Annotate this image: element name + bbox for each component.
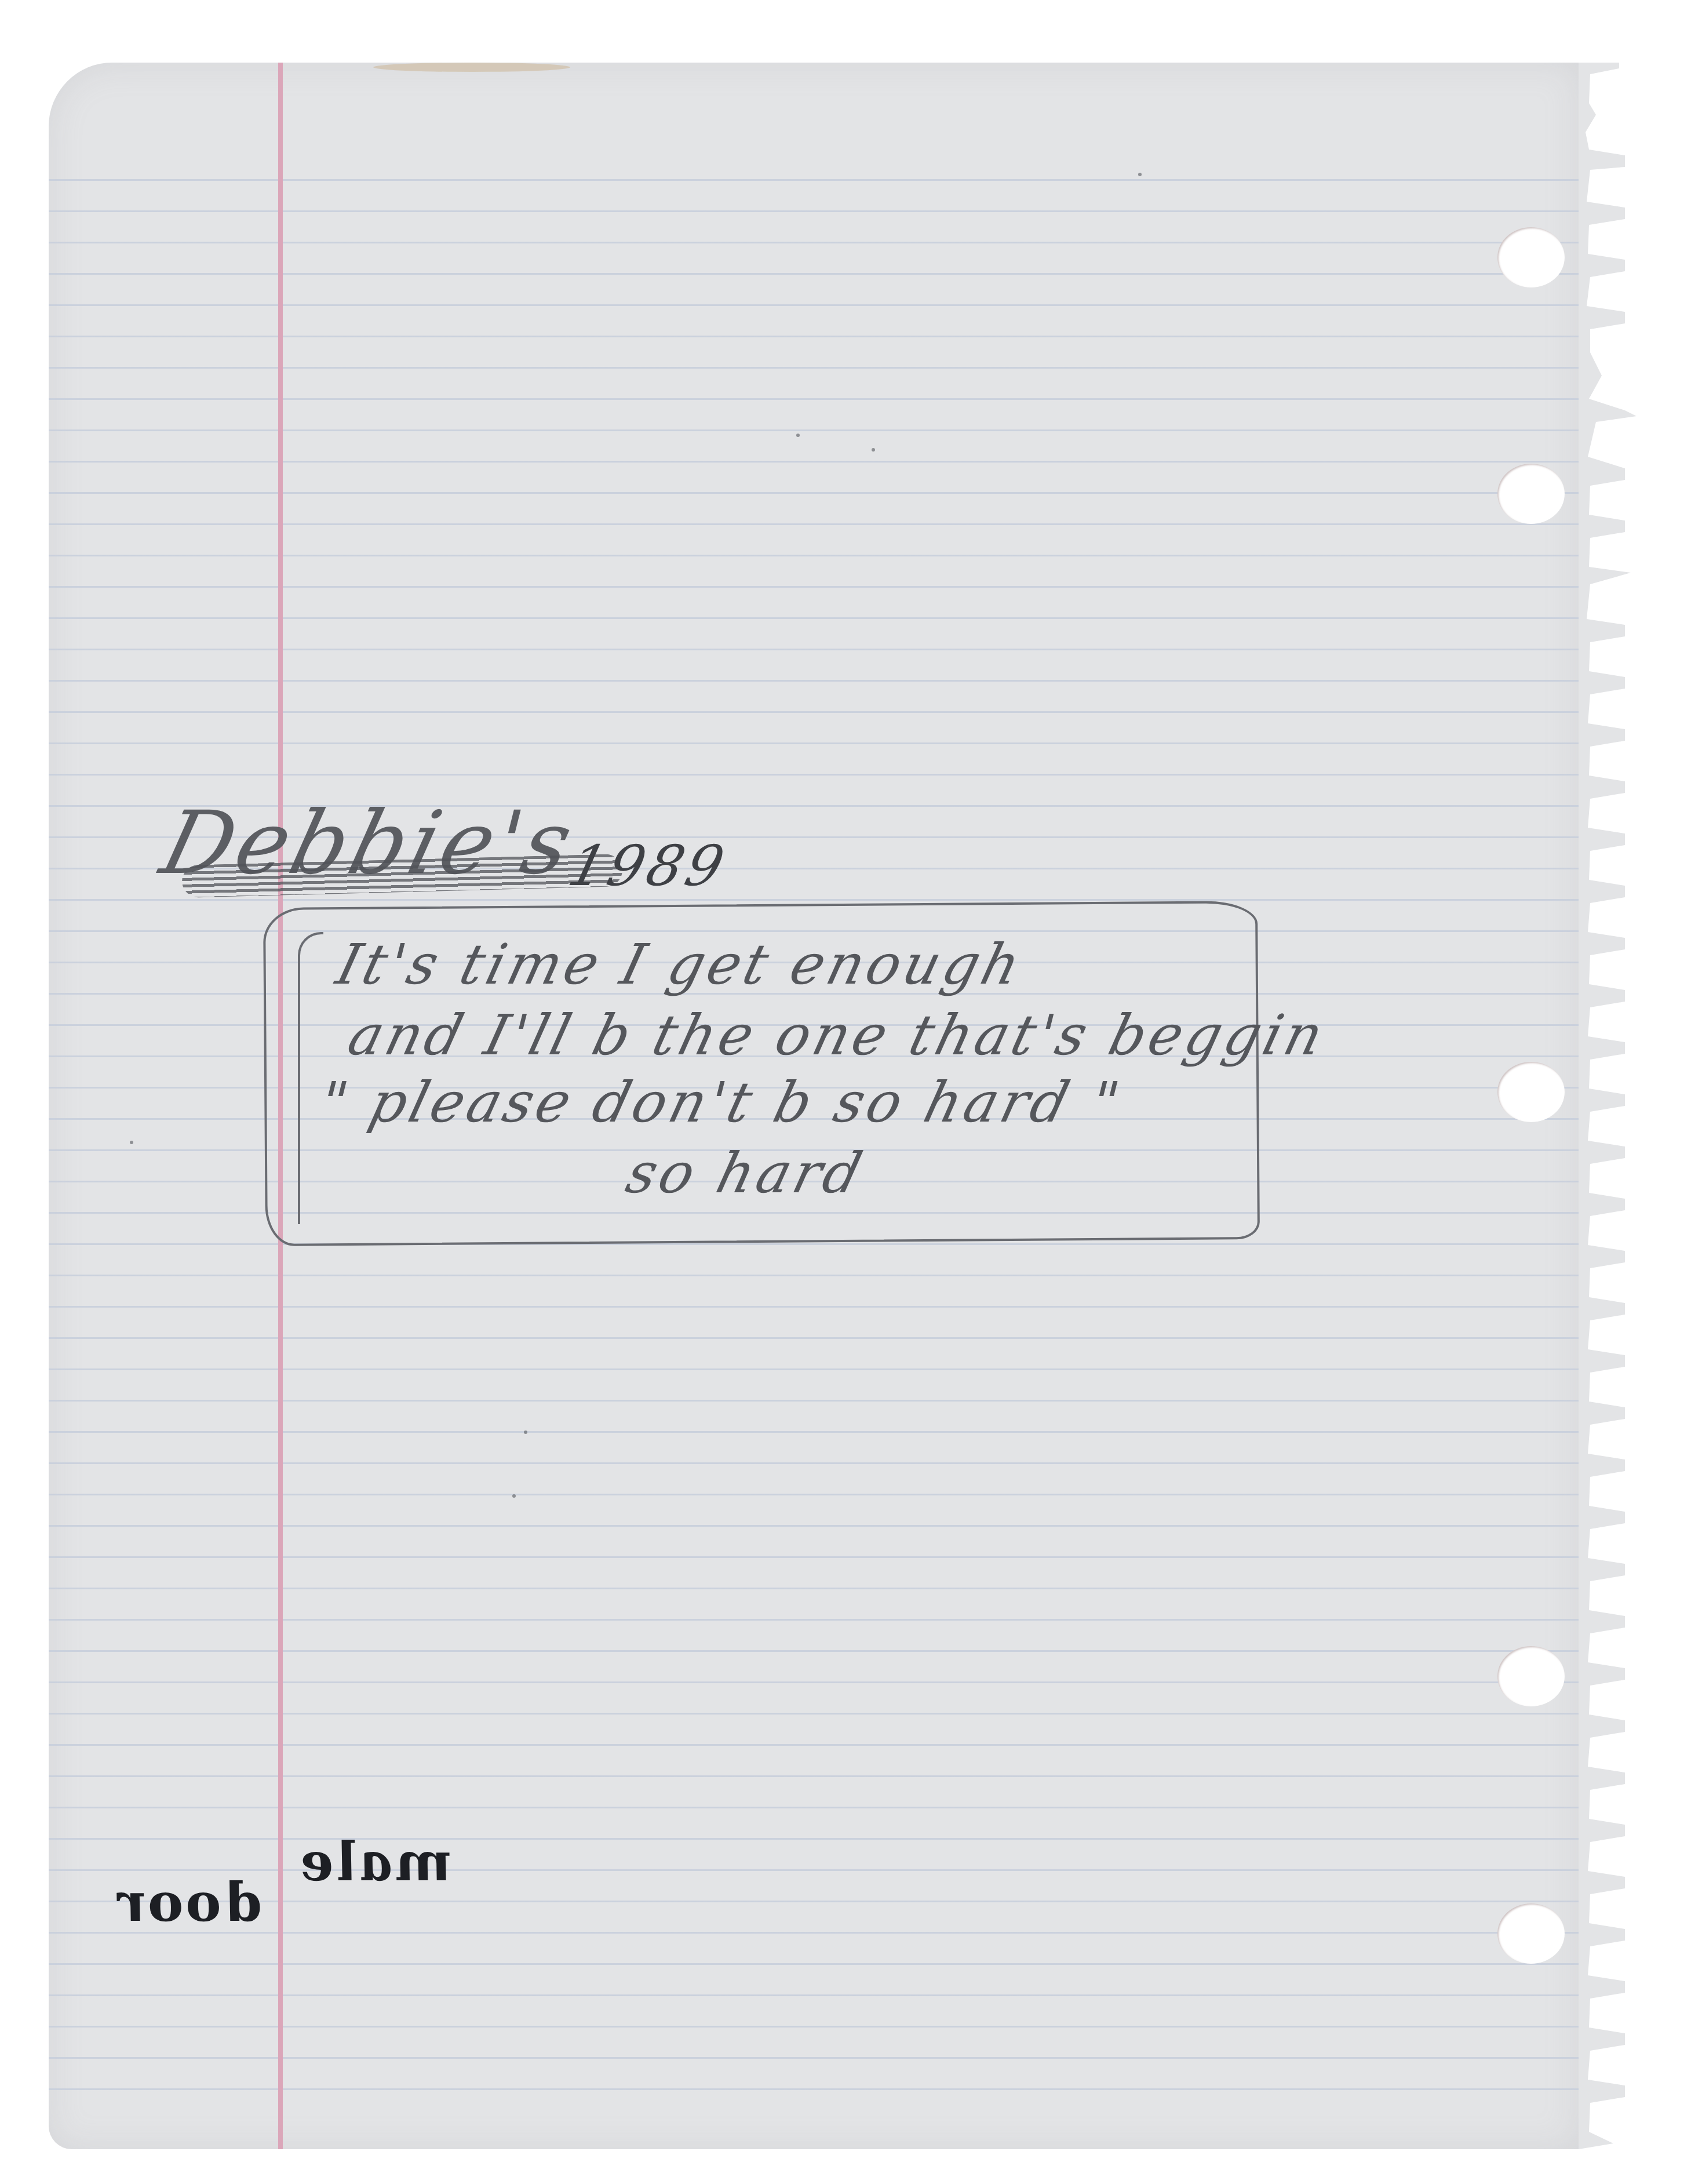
lyric-line-1: It's time I get enough	[330, 932, 1030, 997]
punch-hole-2	[1497, 464, 1565, 524]
paper-stain	[373, 63, 570, 72]
lyric-line-4: so hard	[620, 1141, 872, 1206]
torn-spiral-edge	[1579, 63, 1642, 2149]
notebook-page: Debbie's 1989 It's time I get enough and…	[49, 63, 1579, 2149]
speck	[1138, 173, 1142, 176]
speck	[872, 448, 875, 452]
lyric-line-2: and I'll b the one that's beggin	[342, 1003, 1333, 1068]
lyric-line-3: " please don't b so hard "	[313, 1070, 1129, 1135]
punch-hole-1	[1497, 227, 1565, 287]
title-year: 1989	[562, 833, 734, 898]
speck	[130, 1141, 133, 1144]
punch-hole-5	[1497, 1903, 1565, 1964]
lyrics-bracket	[298, 932, 323, 1224]
mirrored-word-door: door	[110, 1871, 267, 1934]
speck	[796, 434, 800, 437]
speck	[524, 1430, 527, 1434]
mirrored-word-male: male	[292, 1830, 457, 1893]
punch-hole-3	[1497, 1062, 1565, 1122]
speck	[512, 1494, 516, 1498]
punch-hole-4	[1497, 1646, 1565, 1706]
